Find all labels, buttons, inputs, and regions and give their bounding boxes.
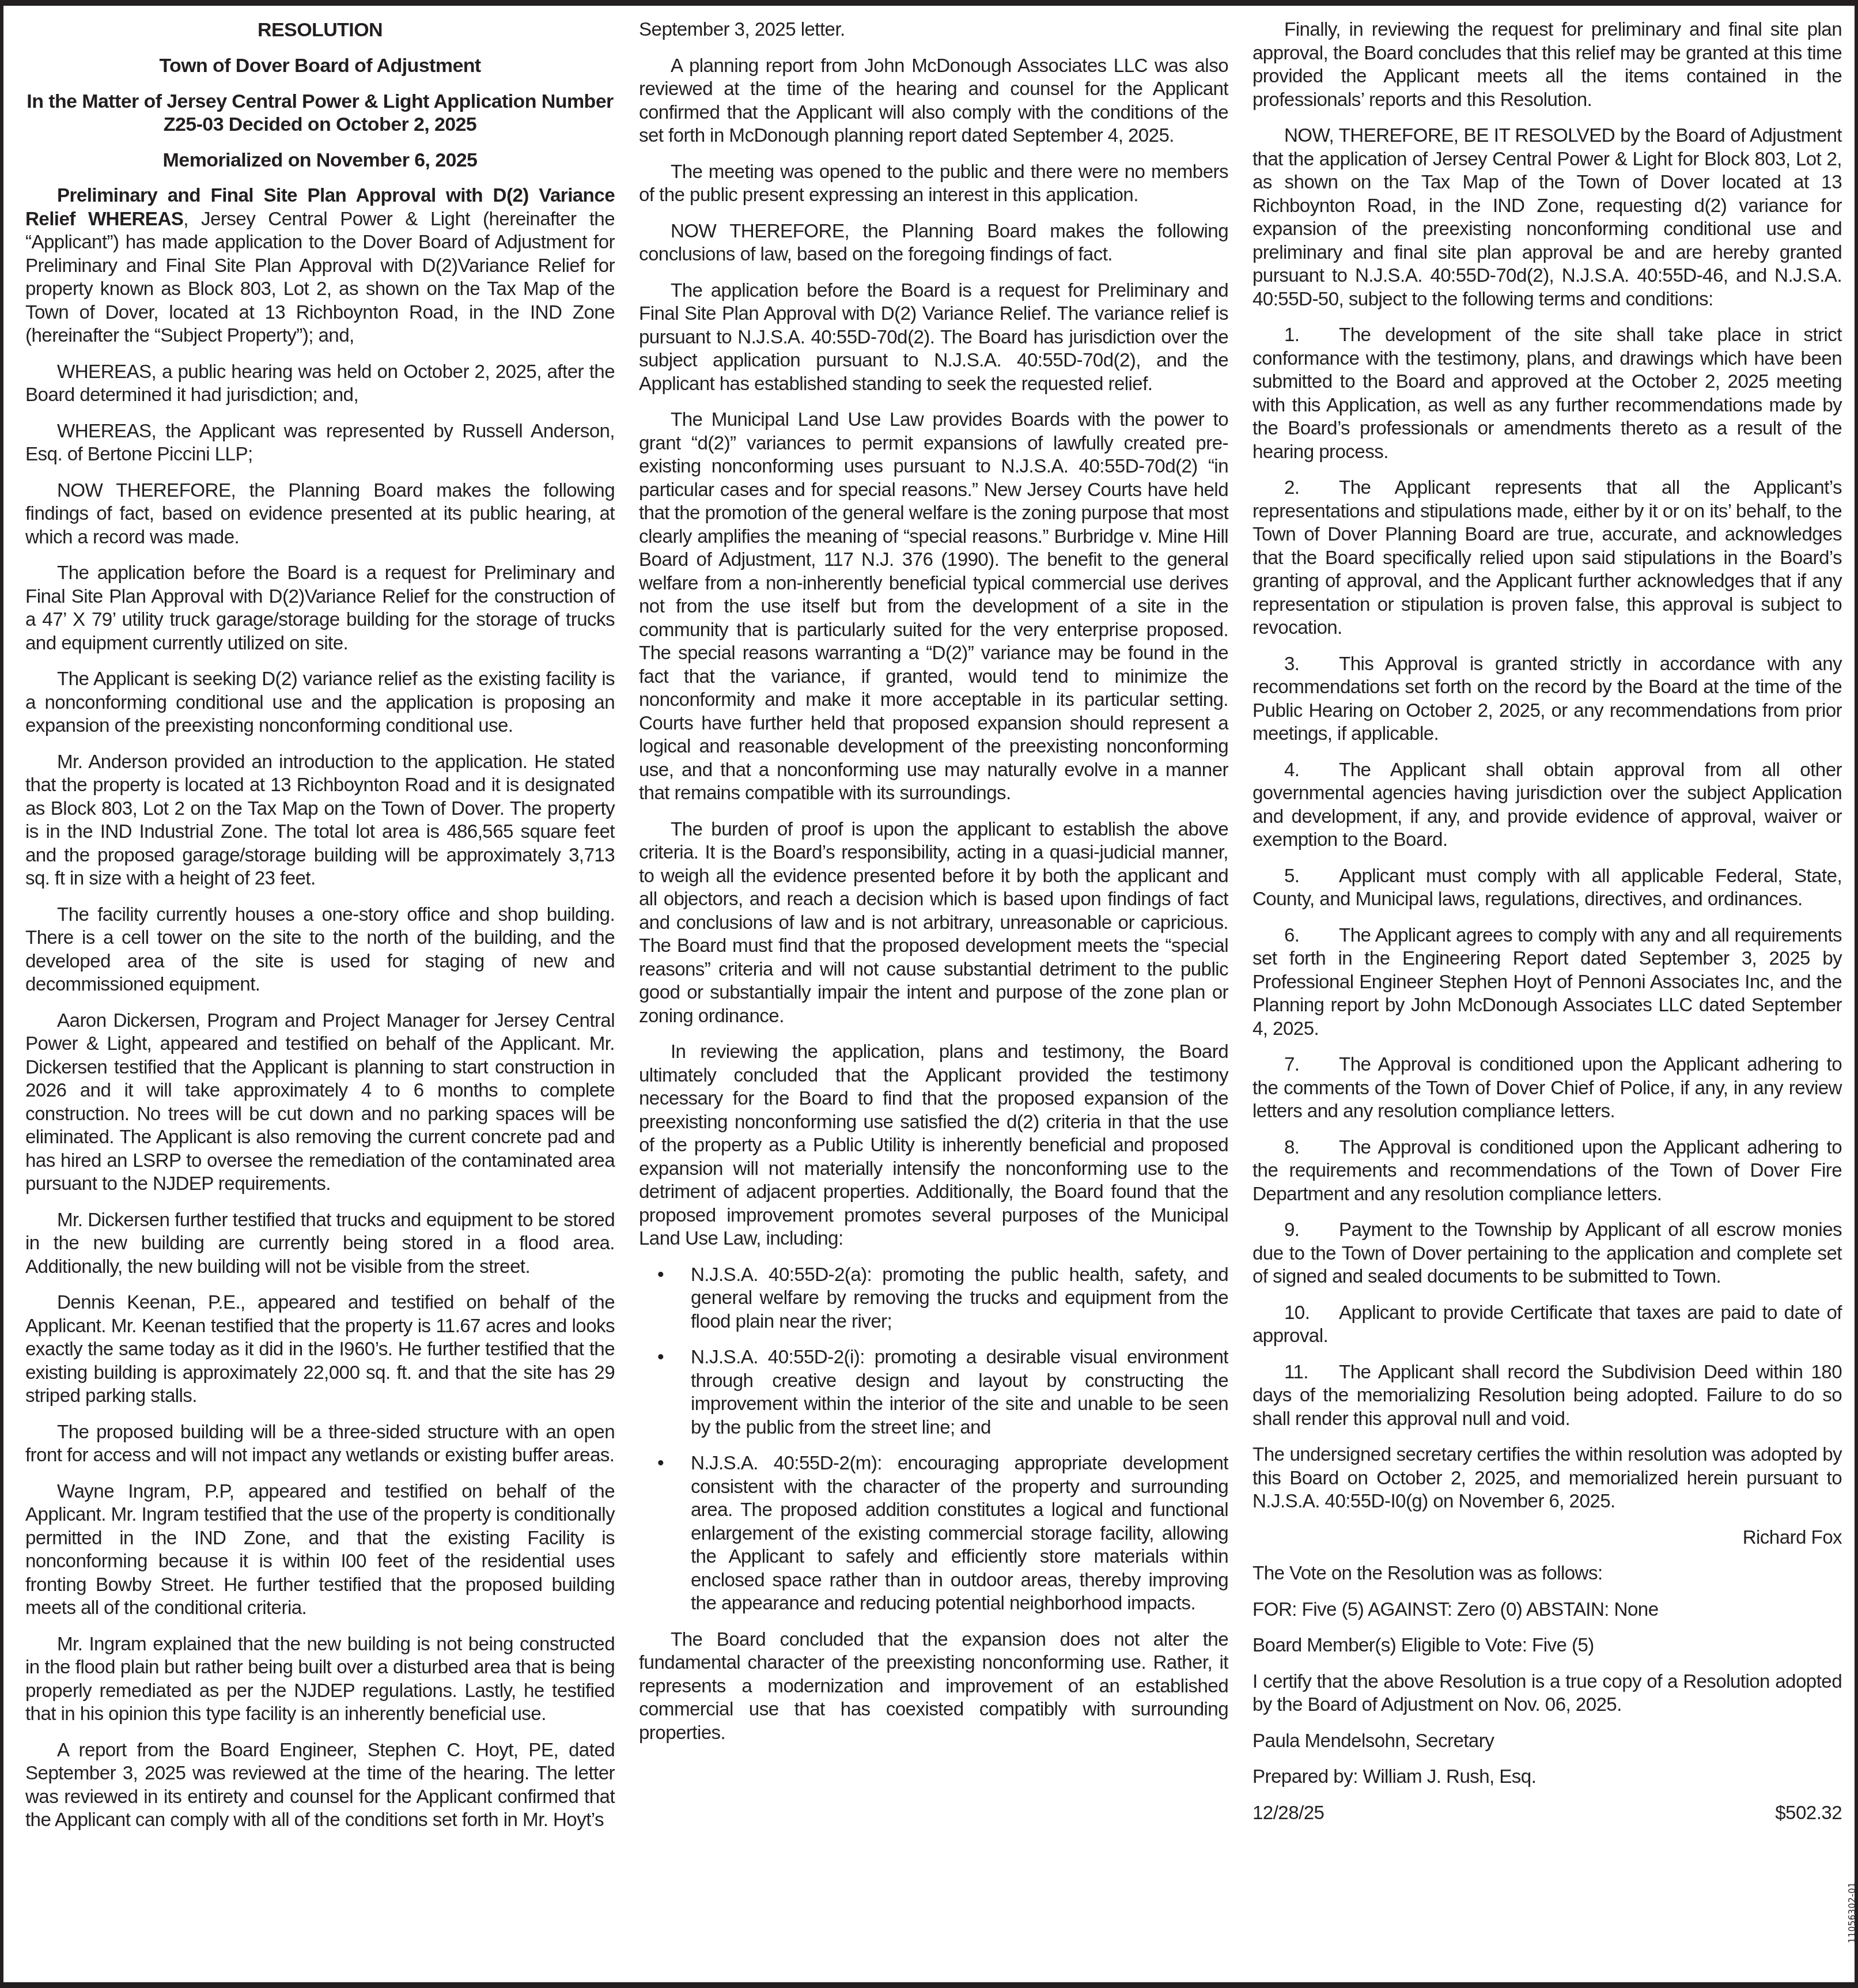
true-copy-certification: I certify that the above Resolution is a…: [1252, 1670, 1842, 1717]
paragraph: Dennis Keenan, P.E., appeared and testif…: [25, 1291, 615, 1408]
paragraph: Mr. Anderson provided an introduction to…: [25, 751, 615, 891]
intro-paragraph: Preliminary and Final Site Plan Approval…: [25, 184, 615, 348]
condition-number: 4.: [1284, 759, 1339, 783]
condition-number: 6.: [1284, 924, 1339, 948]
condition-item: 1.The development of the site shall take…: [1252, 324, 1842, 464]
column-1: RESOLUTION Town of Dover Board of Adjust…: [25, 18, 615, 1968]
condition-item: 8.The Approval is conditioned upon the A…: [1252, 1136, 1842, 1207]
paragraph: The application before the Board is a re…: [25, 562, 615, 655]
column-2: September 3, 2025 letter. A planning rep…: [639, 18, 1228, 1968]
condition-text: Payment to the Township by Applicant of …: [1252, 1219, 1842, 1287]
paragraph: Mr. Dickersen further testified that tru…: [25, 1209, 615, 1279]
matter-heading: In the Matter of Jersey Central Power & …: [25, 90, 615, 136]
resolution-title: RESOLUTION: [25, 18, 615, 41]
condition-number: 9.: [1284, 1219, 1339, 1242]
condition-text: The Applicant represents that all the Ap…: [1252, 477, 1842, 638]
condition-text: The Applicant shall record the Subdivisi…: [1252, 1362, 1842, 1430]
vote-intro: The Vote on the Resolution was as follow…: [1252, 1562, 1842, 1586]
paragraph: A report from the Board Engineer, Stephe…: [25, 1739, 615, 1832]
condition-item: 5.Applicant must comply with all applica…: [1252, 865, 1842, 912]
condition-text: Applicant to provide Certificate that ta…: [1252, 1302, 1842, 1347]
prepared-by: Prepared by: William J. Rush, Esq.: [1252, 1766, 1842, 1789]
board-name: Town of Dover Board of Adjustment: [25, 54, 615, 77]
condition-number: 5.: [1284, 865, 1339, 889]
condition-item: 4.The Applicant shall obtain approval fr…: [1252, 759, 1842, 852]
notice-price: $502.32: [1775, 1802, 1842, 1826]
continuation-text: September 3, 2025 letter.: [639, 18, 1228, 42]
paragraph: Wayne Ingram, P.P, appeared and testifie…: [25, 1480, 615, 1620]
paragraph: Mr. Ingram explained that the new buildi…: [25, 1633, 615, 1726]
mlul-purposes-list: N.J.S.A. 40:55D-2(a): promoting the publ…: [639, 1264, 1228, 1616]
legal-notice-frame: RESOLUTION Town of Dover Board of Adjust…: [0, 0, 1858, 1988]
paragraph: The meeting was opened to the public and…: [639, 161, 1228, 207]
condition-item: 10.Applicant to provide Certificate that…: [1252, 1302, 1842, 1348]
footer-row: 12/28/25 $502.32: [1252, 1802, 1842, 1826]
paragraph: NOW THEREFORE, the Planning Board makes …: [639, 220, 1228, 267]
paragraph: The Municipal Land Use Law provides Boar…: [639, 409, 1228, 806]
list-item: N.J.S.A. 40:55D-2(m): encouraging approp…: [691, 1452, 1228, 1616]
condition-text: This Approval is granted strictly in acc…: [1252, 653, 1842, 745]
memorialized-date: Memorialized on November 6, 2025: [25, 149, 615, 172]
condition-item: 9.Payment to the Township by Applicant o…: [1252, 1219, 1842, 1289]
list-item: N.J.S.A. 40:55D-2(a): promoting the publ…: [691, 1264, 1228, 1334]
paragraph: Finally, in reviewing the request for pr…: [1252, 18, 1842, 112]
condition-item: 11.The Applicant shall record the Subdiv…: [1252, 1361, 1842, 1431]
vote-result: FOR: Five (5) AGAINST: Zero (0) ABSTAIN:…: [1252, 1598, 1842, 1622]
paragraph: A planning report from John McDonough As…: [639, 55, 1228, 148]
condition-item: 2.The Applicant represents that all the …: [1252, 477, 1842, 640]
publication-date: 12/28/25: [1252, 1802, 1324, 1826]
condition-item: 6.The Applicant agrees to comply with an…: [1252, 924, 1842, 1041]
paragraph: Aaron Dickersen, Program and Project Man…: [25, 1010, 615, 1196]
notice-columns: RESOLUTION Town of Dover Board of Adjust…: [25, 18, 1831, 1968]
paragraph: The Applicant is seeking D(2) variance r…: [25, 668, 615, 738]
paragraph: The application before the Board is a re…: [639, 279, 1228, 396]
paragraph: WHEREAS, a public hearing was held on Oc…: [25, 361, 615, 407]
condition-number: 10.: [1284, 1302, 1339, 1325]
condition-number: 1.: [1284, 324, 1339, 347]
condition-text: The development of the site shall take p…: [1252, 324, 1842, 463]
paragraph: In reviewing the application, plans and …: [639, 1041, 1228, 1251]
paragraph: The Board concluded that the expansion d…: [639, 1628, 1228, 1745]
condition-item: 3.This Approval is granted strictly in a…: [1252, 653, 1842, 746]
condition-text: The Approval is conditioned upon the App…: [1252, 1137, 1842, 1205]
paragraph: The proposed building will be a three-si…: [25, 1421, 615, 1468]
condition-text: The Approval is conditioned upon the App…: [1252, 1054, 1842, 1122]
condition-number: 2.: [1284, 477, 1339, 500]
paragraph: NOW THEREFORE, the Planning Board makes …: [25, 479, 615, 550]
condition-number: 11.: [1284, 1361, 1339, 1385]
condition-number: 8.: [1284, 1136, 1339, 1160]
secretary-name: Paula Mendelsohn, Secretary: [1252, 1730, 1842, 1753]
secretary-certification: The undersigned secretary certifies the …: [1252, 1443, 1842, 1514]
paragraph: WHEREAS, the Applicant was represented b…: [25, 420, 615, 467]
column-3: Finally, in reviewing the request for pr…: [1252, 18, 1842, 1968]
condition-item: 7.The Approval is conditioned upon the A…: [1252, 1053, 1842, 1124]
list-item: N.J.S.A. 40:55D-2(i): promoting a desira…: [691, 1346, 1228, 1439]
paragraph: The facility currently houses a one-stor…: [25, 904, 615, 997]
ad-code: 11056302-01: [1848, 1882, 1857, 1943]
eligible-voters: Board Member(s) Eligible to Vote: Five (…: [1252, 1634, 1842, 1658]
condition-text: The Applicant agrees to comply with any …: [1252, 925, 1842, 1040]
paragraph: The burden of proof is upon the applican…: [639, 818, 1228, 1029]
condition-text: Applicant must comply with all applicabl…: [1252, 866, 1842, 910]
condition-number: 7.: [1284, 1053, 1339, 1077]
condition-text: The Applicant shall obtain approval from…: [1252, 759, 1842, 851]
condition-number: 3.: [1284, 653, 1339, 676]
signer-name: Richard Fox: [1252, 1526, 1842, 1550]
paragraph: NOW, THEREFORE, BE IT RESOLVED by the Bo…: [1252, 124, 1842, 311]
